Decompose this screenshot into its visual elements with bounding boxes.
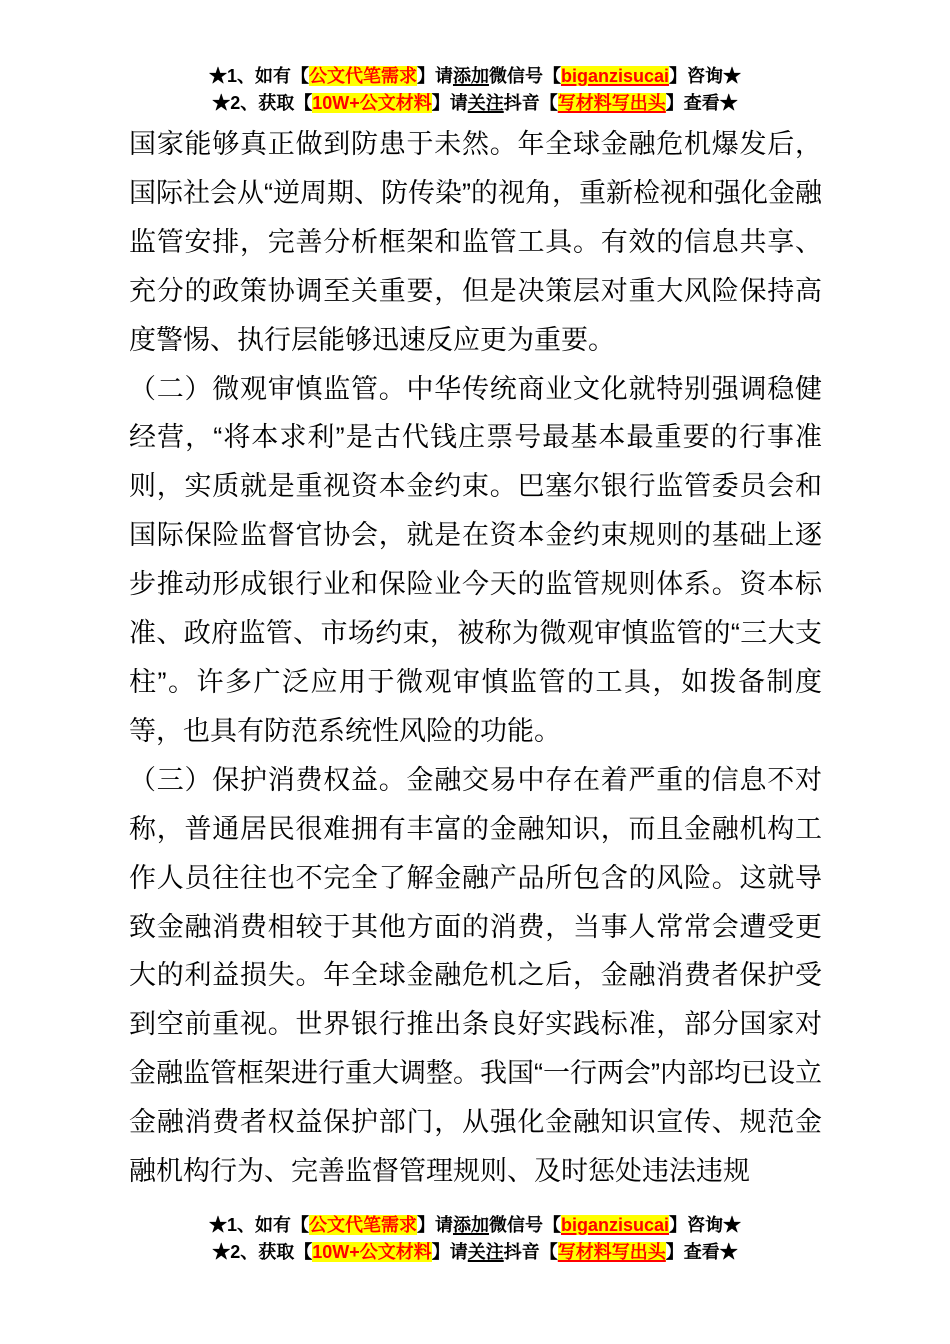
banner1-mid: 】请 <box>417 66 453 86</box>
banner2-action-follow: 关注 <box>468 1242 504 1262</box>
banner1-action-add: 添加 <box>453 66 489 86</box>
banner1-mid2: 微信号【 <box>489 66 561 86</box>
banner2-douyin-handle: 写材料写出头 <box>558 1242 666 1262</box>
paragraph-section-2: （二）微观审慎监管。中华传统商业文化就特别强调稳健经营，“将本求利”是古代钱庄票… <box>129 365 822 756</box>
banner1-prefix: ★1、如有【 <box>209 1215 309 1235</box>
banner2-material-keyword: 10W+公文材料 <box>312 1242 432 1262</box>
banner2-suffix: 】查看★ <box>666 1242 738 1262</box>
banner2-mid2: 抖音【 <box>504 1242 558 1262</box>
banner1-service-keyword: 公文代笔需求 <box>309 1215 417 1235</box>
banner1-service-keyword: 公文代笔需求 <box>309 66 417 86</box>
banner2-douyin-handle: 写材料写出头 <box>558 93 666 113</box>
banner2-action-follow: 关注 <box>468 93 504 113</box>
banner2-prefix: ★2、获取【 <box>212 93 312 113</box>
banner2-material-keyword: 10W+公文材料 <box>312 93 432 113</box>
paragraph-section-3: （三）保护消费权益。金融交易中存在着严重的信息不对称，普通居民很难拥有丰富的金融… <box>129 756 822 1196</box>
banner2-mid: 】请 <box>432 93 468 113</box>
banner1-mid: 】请 <box>417 1215 453 1235</box>
watermark-banner-top: ★1、如有【公文代笔需求】请添加微信号【biganzisucai】咨询★ ★2、… <box>0 63 950 117</box>
banner-bottom-line-1: ★1、如有【公文代笔需求】请添加微信号【biganzisucai】咨询★ <box>0 1212 950 1239</box>
banner-bottom-line-2: ★2、获取【10W+公文材料】请关注抖音【写材料写出头】查看★ <box>0 1239 950 1266</box>
banner2-mid2: 抖音【 <box>504 93 558 113</box>
banner1-mid2: 微信号【 <box>489 1215 561 1235</box>
banner1-wechat-id: biganzisucai <box>561 66 669 86</box>
banner1-wechat-id: biganzisucai <box>561 1215 669 1235</box>
banner1-suffix: 】咨询★ <box>669 66 741 86</box>
banner2-mid: 】请 <box>432 1242 468 1262</box>
document-body: 国家能够真正做到防患于未然。年全球金融危机爆发后，国际社会从“逆周期、防传染”的… <box>129 120 822 1196</box>
banner2-prefix: ★2、获取【 <box>212 1242 312 1262</box>
paragraph-continuation: 国家能够真正做到防患于未然。年全球金融危机爆发后，国际社会从“逆周期、防传染”的… <box>129 120 822 365</box>
banner-top-line-1: ★1、如有【公文代笔需求】请添加微信号【biganzisucai】咨询★ <box>0 63 950 90</box>
banner-top-line-2: ★2、获取【10W+公文材料】请关注抖音【写材料写出头】查看★ <box>0 90 950 117</box>
document-page: ★1、如有【公文代笔需求】请添加微信号【biganzisucai】咨询★ ★2、… <box>0 0 950 1344</box>
banner2-suffix: 】查看★ <box>666 93 738 113</box>
banner1-suffix: 】咨询★ <box>669 1215 741 1235</box>
banner1-prefix: ★1、如有【 <box>209 66 309 86</box>
banner1-action-add: 添加 <box>453 1215 489 1235</box>
watermark-banner-bottom: ★1、如有【公文代笔需求】请添加微信号【biganzisucai】咨询★ ★2、… <box>0 1212 950 1266</box>
